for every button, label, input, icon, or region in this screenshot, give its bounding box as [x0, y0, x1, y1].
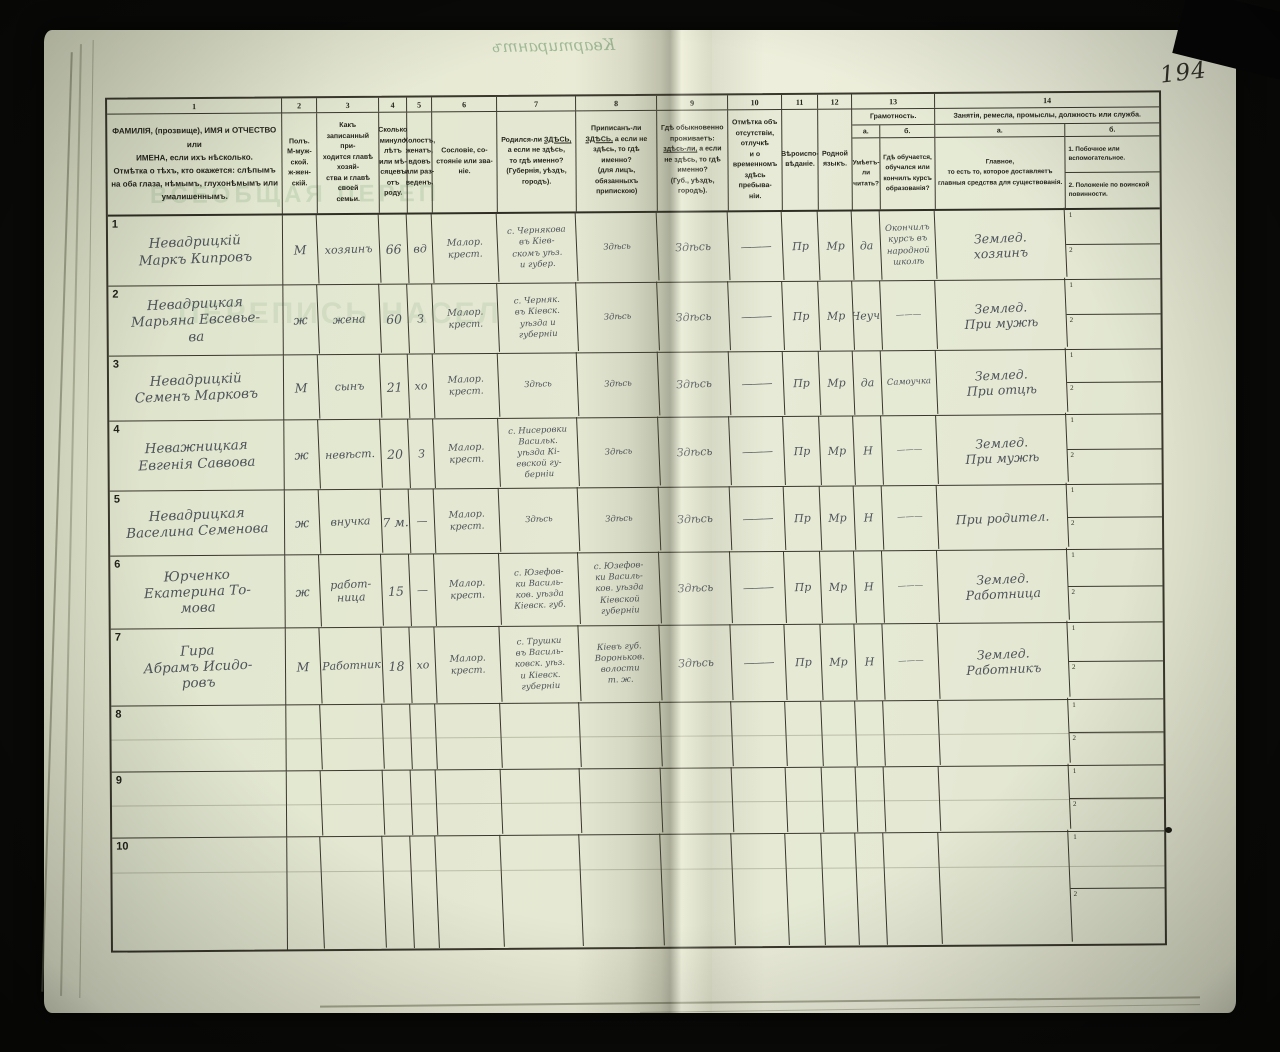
cell-language — [821, 701, 858, 767]
cell-relation: внучка — [319, 489, 384, 556]
cell-language: Мр — [820, 486, 857, 551]
cell-registration: с. Юзефов- ки Василь- ков. уѣзда Кіевско… — [578, 551, 662, 626]
column-number: 3 — [317, 98, 379, 112]
column-number: 11 — [782, 95, 818, 109]
cell-occupation-secondary: 1 2 — [1069, 622, 1164, 699]
cell-occupation-secondary: 1 2 — [1070, 831, 1165, 944]
cell-absence — [731, 701, 788, 768]
cell-marital: З — [408, 419, 436, 489]
cell-education — [883, 700, 941, 767]
cell-residence: Здѣсь — [657, 281, 731, 353]
cell-occupation: Землед. Работникъ — [937, 621, 1070, 702]
cell-marital: вд — [407, 214, 435, 284]
header-literacy-group: Грамотность. а. Умѣетъ- ли читать? б. Гд… — [852, 109, 936, 210]
cell-name: 6 Юрченко Екатерина То- мова — [110, 555, 285, 628]
cell-absence: ——— — [729, 416, 786, 487]
cell-age: 18 — [381, 627, 412, 704]
cell-age: 21 — [380, 354, 411, 419]
cell-estate: Малор. крест. — [434, 488, 502, 555]
header-sex-column: Полъ. М-муж- ской. ж-жен- скій. — [282, 113, 318, 213]
cell-residence: Здѣсь — [657, 211, 731, 283]
cell-age: 7 м. — [381, 489, 412, 554]
cell-estate: Малор. крест. — [432, 283, 500, 355]
column-number: 1 — [107, 98, 282, 113]
cell-occupation-secondary: 1 2 — [1069, 699, 1163, 765]
cell-birthplace: Здѣсь — [499, 487, 581, 554]
column-number: 2 — [282, 98, 317, 112]
table-body: 1 Невадрицкій Маркъ Кипровъ М хозяинъ 66… — [108, 209, 1165, 950]
cell-sex: ж — [284, 490, 322, 555]
cell-literacy — [855, 701, 886, 767]
table-row: 3 Невадрицкій Семенъ Марковъ М сынъ 21 х… — [109, 349, 1161, 421]
table-row: 2 Невадрицкая Марьяна Евсевье- ва ж жена… — [108, 279, 1160, 356]
cell-literacy: Н — [854, 551, 885, 624]
cell-education: Окончилъ курсъ въ народной школѣ — [880, 210, 938, 281]
cell-name: 2 Невадрицкая Марьяна Евсевье- ва — [108, 285, 283, 355]
cell-relation: хозяинъ — [317, 214, 382, 286]
cell-marital: хо — [409, 627, 437, 704]
cell-estate: Малор. крест. — [434, 626, 502, 705]
literacy-title: Грамотность. — [852, 109, 934, 126]
cell-sex: ж — [282, 285, 320, 355]
cell-language: Мр — [820, 624, 857, 701]
secondary-sub1: 1 — [1066, 209, 1160, 245]
cell-literacy: Н — [854, 486, 885, 551]
secondary-sub2: 2 — [1068, 449, 1162, 484]
cell-religion — [785, 701, 824, 767]
literacy-sub-a: а. Умѣетъ- ли читать? — [852, 125, 881, 209]
header-religion-column: Вѣроиспо- вѣданіе. — [782, 110, 819, 210]
cell-name: 3 Невадрицкій Семенъ Марковъ — [109, 355, 284, 420]
cell-name: 8 — [111, 705, 286, 771]
cell-age — [382, 704, 413, 770]
name-entry: Невадрицкая Марьяна Евсевье- ва — [108, 285, 283, 355]
occupation-title: Занятія, ремесла, промыслы, должность ил… — [935, 107, 1159, 125]
cell-birthplace — [500, 702, 582, 770]
cell-residence: Здѣсь — [658, 351, 732, 418]
column-number: 12 — [818, 94, 852, 108]
secondary-sub1: 1 — [1067, 414, 1161, 450]
secondary-sub2: 2 — [1068, 586, 1162, 622]
cell-residence: Здѣсь — [659, 486, 733, 553]
cell-language: Мр — [819, 416, 856, 486]
cell-marital — [411, 770, 439, 836]
cell-occupation — [939, 764, 1072, 834]
cell-age: 66 — [379, 214, 410, 284]
secondary-sub2: 2 — [1069, 661, 1163, 699]
cell-occupation-secondary: 1 2 — [1068, 549, 1163, 622]
cell-literacy: да — [852, 211, 883, 281]
secondary-sub2: 2 — [1069, 732, 1163, 765]
cell-estate — [435, 703, 503, 771]
cell-literacy: Н — [853, 416, 884, 486]
cell-literacy — [856, 767, 887, 833]
name-entry: Невадрицкій Семенъ Марковъ — [109, 355, 284, 420]
cell-religion: Пр — [783, 351, 822, 416]
cell-relation: невѣст. — [318, 419, 383, 491]
cell-age: 15 — [381, 554, 412, 627]
cell-name: 1 Невадрицкій Маркъ Кипровъ — [108, 215, 283, 285]
cell-occupation: Землед. Работница — [937, 548, 1070, 625]
ink-dot — [1165, 827, 1172, 833]
cell-language — [822, 767, 859, 833]
occupation-sub-b: б. 1. Побочное или вспомогательное. 2. П… — [1065, 123, 1160, 208]
cell-sex: М — [282, 215, 320, 285]
cell-registration: Здѣсь — [577, 351, 661, 418]
cell-occupation: Землед. хозяинъ — [935, 208, 1068, 282]
header-name-column: ФАМИЛІЯ, (прозвище), ИМЯ и ОТЧЕСТВО или … — [107, 113, 283, 214]
header-relation-column: Какъ записанный при- ходится главѣ хозяй… — [317, 113, 380, 213]
cell-birthplace: с. Трушки въ Василь- ковск. уѣз. и Кіевс… — [499, 625, 581, 704]
header-occupation-group: Занятія, ремесла, промыслы, должность ил… — [935, 107, 1160, 209]
cell-education: ——— — [882, 550, 940, 624]
cell-residence — [661, 767, 735, 835]
cell-registration: Здѣсь — [578, 486, 662, 553]
header-absence-column: Отмѣтка объ отсутствіи, отлучкѣ и о врем… — [728, 110, 783, 210]
cell-absence: ——— — [730, 624, 787, 702]
cell-education: ——— — [882, 623, 940, 701]
cell-age — [383, 770, 414, 836]
cell-occupation: Землед. При мужѣ — [935, 278, 1068, 352]
cell-registration — [579, 701, 663, 769]
cell-sex: М — [283, 355, 321, 420]
cell-language: Мр — [818, 281, 855, 351]
occupation-sub-a: а. Главное, то есть то, которое доставля… — [935, 124, 1066, 209]
cell-occupation: Землед. При отцѣ — [936, 348, 1069, 417]
cell-sex — [285, 837, 325, 950]
cell-name: 4 Неважницкая Евгенія Саввова — [109, 420, 284, 490]
secondary-sub2: 2 — [1068, 517, 1162, 549]
header-registration-column: Приписанъ-ли ЗДѢСЬ, а если не здѣсь, то … — [576, 111, 658, 212]
secondary-sub2: 2 — [1070, 798, 1164, 831]
table-row: 5 Невадрицкая Васелина Семенова ж внучка… — [110, 484, 1162, 556]
cell-occupation-secondary: 1 2 — [1067, 414, 1161, 484]
cell-sex: ж — [283, 420, 321, 490]
cell-religion — [785, 833, 826, 946]
name-entry: Невадрицкій Маркъ Кипровъ — [108, 215, 283, 285]
name-entry: Гира Абрамъ Исидо- ровъ — [111, 628, 287, 705]
cell-registration: Здѣсь — [577, 416, 661, 488]
cell-education — [883, 832, 943, 946]
header-language-column: Родной языкъ. — [818, 109, 853, 209]
cell-occupation-secondary: 1 2 — [1066, 279, 1160, 349]
table-row: 1 Невадрицкій Маркъ Кипровъ М хозяинъ 66… — [108, 209, 1160, 286]
cell-marital: З — [407, 284, 435, 354]
table-row: 8 1 2 — [111, 699, 1163, 772]
cell-relation: жена — [317, 284, 382, 356]
table-header-row: ФАМИЛІЯ, (прозвище), ИМЯ и ОТЧЕСТВО или … — [107, 107, 1160, 216]
cell-absence: ——— — [730, 551, 787, 625]
cell-language: Мр — [818, 211, 855, 281]
cell-sex: ж — [284, 555, 322, 628]
cell-estate: Малор. крест. — [433, 353, 501, 420]
cell-religion: Пр — [784, 624, 823, 701]
cell-registration: Здѣсь — [576, 211, 660, 283]
secondary-sub1: 1 — [1069, 622, 1163, 661]
cell-age: 60 — [379, 284, 410, 354]
cell-language — [821, 833, 860, 946]
cell-language: Мр — [819, 351, 856, 416]
column-number: 13 — [852, 94, 935, 109]
table-row: 6 Юрченко Екатерина То- мова ж работ- ни… — [110, 549, 1162, 629]
cell-marital — [410, 704, 438, 770]
header-residence-column: Гдѣ обыкновенно проживаетъ: здѣсь-ли, а … — [657, 110, 729, 210]
column-number: 8 — [576, 96, 657, 111]
column-number: 14 — [935, 92, 1159, 108]
cell-relation — [320, 704, 385, 772]
cell-birthplace — [500, 834, 584, 949]
cell-literacy: да — [853, 351, 884, 416]
secondary-sub1: 1 — [1066, 279, 1160, 315]
cell-absence: ——— — [728, 281, 785, 352]
cell-language: Мр — [820, 551, 857, 624]
table-row: 10 1 2 — [112, 831, 1165, 950]
cell-education: ——— — [881, 415, 939, 486]
cell-estate — [435, 835, 505, 950]
cell-sex — [285, 705, 323, 771]
cell-birthplace: с. Черняк. въ Кіевск. уѣзда и губерніи — [497, 282, 579, 354]
secondary-sub1: 1 — [1070, 765, 1164, 799]
column-number: 7 — [497, 96, 576, 111]
header-marital-column: Холостъ, женатъ, вдовъ или раз- веденъ. — [407, 112, 433, 212]
cell-occupation — [938, 830, 1073, 947]
cell-occupation — [938, 698, 1071, 768]
census-table: 1 2 3 4 5 6 7 8 9 10 11 12 13 14 ФАМИЛІЯ… — [105, 90, 1167, 952]
table-row: 4 Неважницкая Евгенія Саввова ж невѣст. … — [109, 414, 1161, 491]
secondary-sub1: 1 — [1068, 484, 1162, 517]
cell-absence: ——— — [729, 351, 786, 417]
cell-education — [884, 766, 942, 833]
cell-residence: Здѣсь — [658, 416, 732, 488]
name-entry — [112, 771, 287, 837]
cell-registration — [580, 767, 664, 835]
cell-relation: работ- ница — [319, 554, 384, 629]
cell-birthplace: с. Нисеровки Васильк. уѣзда Кі- евской г… — [498, 417, 580, 489]
cell-name: 5 Невадрицкая Васелина Семенова — [110, 490, 285, 555]
cell-absence — [731, 833, 790, 947]
cell-residence: Здѣсь — [659, 551, 733, 626]
cell-estate: Малор. крест. — [434, 553, 502, 628]
cell-relation — [320, 836, 387, 950]
cell-estate: Малор. крест. — [433, 418, 501, 490]
secondary-sub1: 1 — [1069, 699, 1163, 733]
cell-marital: — — [409, 489, 437, 554]
column-number: 10 — [728, 95, 782, 109]
cell-sex — [286, 771, 324, 837]
cell-birthplace — [501, 768, 583, 836]
secondary-sub2: 2 — [1071, 888, 1165, 944]
cell-sex: М — [284, 628, 322, 705]
cell-education: Самоучка — [881, 350, 939, 416]
name-entry: Юрченко Екатерина То- мова — [110, 555, 285, 628]
cell-age: 20 — [380, 419, 411, 489]
cell-registration — [579, 833, 665, 948]
name-entry: Неважницкая Евгенія Саввова — [109, 420, 284, 490]
secondary-sub1: 1 — [1067, 349, 1161, 382]
cell-occupation-secondary: 1 2 — [1066, 209, 1160, 279]
cell-occupation-secondary: 1 2 — [1067, 349, 1161, 414]
cell-absence: ——— — [730, 486, 787, 552]
column-number: 6 — [432, 97, 497, 111]
cell-religion: Пр — [784, 486, 823, 551]
census-page-photo: ВСЕОБЩАЯ ПЕРЕП ПЕРЕПИСЬ НАСЕЛ Квартирант… — [0, 0, 1280, 1052]
name-entry: Невадрицкая Васелина Семенова — [110, 490, 285, 555]
cell-name: 7 Гира Абрамъ Исидо- ровъ — [111, 628, 287, 705]
cell-occupation-secondary: 1 2 — [1068, 484, 1162, 549]
literacy-sub-b: б. Гдѣ обучается, обучался или кончилъ к… — [880, 125, 935, 209]
cell-relation: Работник — [319, 627, 384, 706]
column-number: 4 — [379, 98, 407, 112]
secondary-sub2: 2 — [1067, 382, 1161, 414]
cell-absence — [732, 767, 789, 834]
cell-religion: Пр — [782, 211, 821, 281]
cell-estate: Малор. крест. — [432, 213, 500, 285]
cell-registration: Здѣсь — [576, 281, 660, 353]
cell-birthplace: с. Чернякова въ Кіев- скомъ уѣз. и губер… — [497, 212, 579, 284]
cell-religion — [786, 767, 825, 833]
cell-education: ——— — [880, 280, 938, 351]
column-number: 5 — [407, 97, 432, 111]
cell-birthplace: с. Юзефов- ки Василь- ков. уѣзда Кіевск.… — [499, 552, 581, 627]
cell-literacy: Неуч. — [852, 281, 883, 351]
cell-occupation-secondary: 1 2 — [1070, 765, 1164, 831]
cell-registration: Кіевъ губ. Вороньков. волости т. ж. — [578, 624, 662, 703]
cell-birthplace: Здѣсь — [498, 352, 580, 419]
cell-marital: хо — [408, 354, 436, 419]
table-row: 9 1 2 — [112, 765, 1164, 838]
cell-education: ——— — [882, 485, 940, 551]
cell-relation — [321, 770, 386, 838]
name-entry — [112, 837, 288, 950]
secondary-sub2: 2 — [1067, 314, 1161, 349]
secondary-sub2: 2 — [1066, 244, 1160, 279]
cell-relation: сынъ — [318, 354, 383, 421]
cell-marital: — — [409, 554, 437, 627]
cell-religion: Пр — [783, 416, 822, 486]
cell-occupation: Землед. При мужѣ — [936, 413, 1069, 487]
table-row: 7 Гира Абрамъ Исидо- ровъ М Работник 18 … — [111, 622, 1164, 706]
cell-religion: Пр — [784, 551, 823, 624]
column-number: 9 — [657, 95, 728, 109]
header-estate-column: Сословіе, со- стояніе или зва- ніе. — [432, 112, 498, 212]
header-birthplace-column: Родился-ли ЗДѢСЬ, а если не здѣсь, то гд… — [497, 111, 577, 212]
cell-residence — [660, 833, 736, 948]
cell-estate — [436, 769, 504, 837]
cell-residence — [660, 701, 734, 769]
cell-name: 10 — [112, 837, 288, 950]
cell-residence: Здѣсь — [659, 624, 733, 703]
cell-name: 9 — [112, 771, 287, 837]
cell-literacy: Н — [854, 624, 885, 701]
cell-occupation: При родител. — [937, 483, 1070, 552]
secondary-sub1: 1 — [1070, 831, 1164, 888]
name-entry — [111, 705, 286, 771]
cell-religion: Пр — [782, 281, 821, 351]
secondary-sub1: 1 — [1068, 549, 1162, 586]
cell-absence: ——— — [728, 211, 785, 282]
